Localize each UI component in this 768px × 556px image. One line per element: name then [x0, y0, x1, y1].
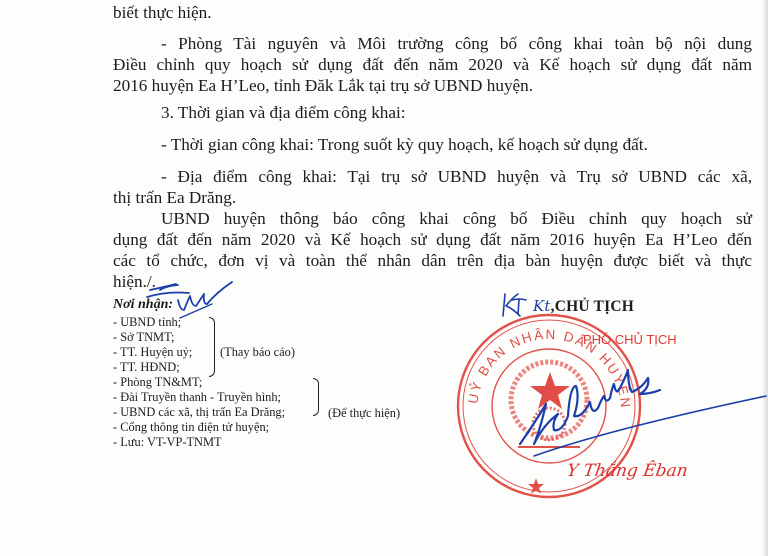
deputy-title-stamp: PHÓ CHỦ TỊCH — [583, 332, 677, 347]
seal-text: UỶ BAN NHÂN DÂN HUYỆN EA H’LEO T.ĐẮK LẮK — [0, 0, 633, 410]
handwritten-signature — [147, 282, 766, 456]
title-text: CHỦ TỊCH — [555, 298, 634, 315]
signer-name: Y Thắng Êban — [566, 461, 689, 481]
handwritten-prefix: Kt — [533, 297, 551, 315]
signature-title: Kt,CHỦ TỊCH — [533, 297, 634, 316]
